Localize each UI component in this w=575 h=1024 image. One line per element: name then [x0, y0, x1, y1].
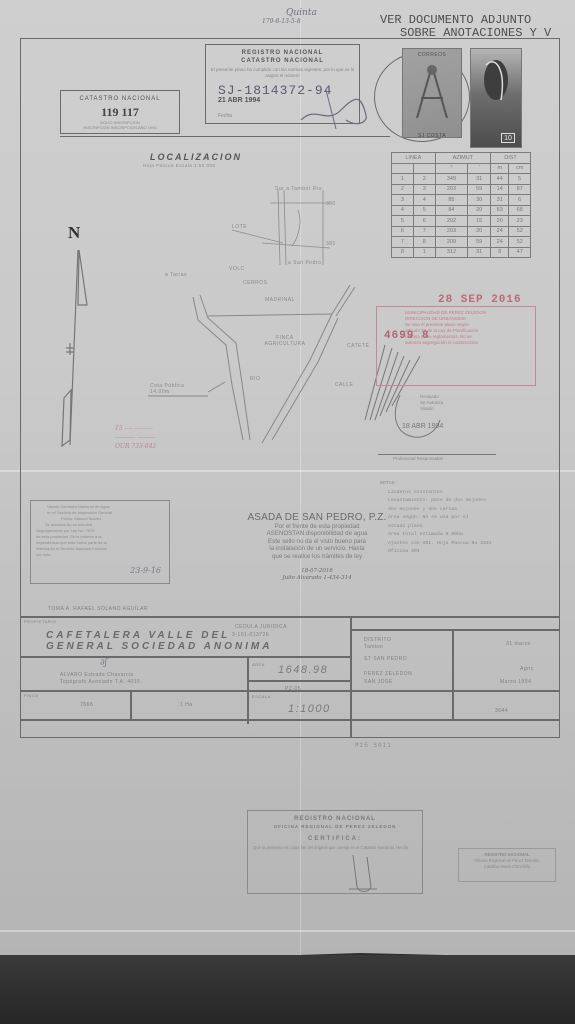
certifica-line1: REGISTRO NACIONAL — [248, 815, 422, 823]
uso-value: Agric — [520, 666, 534, 672]
registro-certifica-stamp: REGISTRO NACIONAL OFICINA REGIONAL DE PE… — [247, 810, 423, 894]
map-label: LOTE — [232, 224, 247, 230]
note-line: Área total estimada 0.00ha — [380, 531, 555, 540]
note-line: Área según: No se usa por el — [380, 514, 555, 523]
note-line: dos mojones y dos cercas — [380, 506, 555, 515]
fecha-value: Marzo 1994 — [500, 679, 531, 685]
note-line: Linderos existentes — [380, 489, 555, 498]
asada-line: Por el frente de esta propiedad — [232, 523, 402, 530]
surveyor-signature: ∂ʃ — [100, 658, 107, 668]
title-block: TOMA A. RAFAEL SOLANO AGUILAR PROPIETARI… — [20, 604, 560, 738]
map-label: a Tarras — [165, 272, 187, 278]
survey-drawing — [0, 0, 575, 500]
note-line: Ajustes con SRI. Hoja Pascua No 3344 — [380, 540, 555, 549]
note-line: OUR 733-842 — [115, 442, 156, 451]
title-block-line — [247, 680, 350, 682]
asada-signature: Julio Alvarado 1-434-314 — [232, 575, 402, 581]
map-label: Sur a Tambor Río — [275, 186, 322, 192]
north-arrow-icon — [62, 250, 87, 446]
canton-value: PEREZ ZELEDON — [364, 671, 412, 677]
certifica-line3: CERTIFICA: — [248, 835, 422, 843]
map-label: CATETE — [347, 343, 369, 349]
map-label: MADRINAL — [265, 297, 295, 303]
bottom-reference: M15 S011 — [355, 742, 392, 749]
provincia-value: SAN JOSE — [364, 679, 393, 685]
title-block-line — [350, 629, 560, 631]
title-block-line — [20, 719, 560, 721]
map-label: VOLC — [229, 266, 245, 272]
lugar-value: ST SAN PEDRO — [364, 656, 407, 662]
certifica-body: Que la presente es copia fiel del origin… — [248, 843, 422, 853]
map-label: RIO — [250, 376, 260, 382]
red-handwritten-note: 15 ---- --------- ---------- --------- O… — [115, 424, 156, 451]
title-block-line — [452, 629, 454, 719]
map-label: a San Pedro — [288, 260, 321, 266]
area-value: 1648.98 — [278, 664, 328, 676]
title-block-line — [20, 690, 560, 692]
office-line3: Catalina Marin Chinchilla — [459, 864, 555, 870]
cedula-label: CEDULA JURIDICA — [235, 624, 287, 630]
regional-office-stamp: REGISTRO NACIONAL Oficina Regional de Pé… — [458, 848, 556, 882]
property-boundary-icon — [148, 285, 355, 443]
map-label: FINCA AGRICULTURA — [260, 335, 310, 347]
distrito-label: DISTRITO — [364, 637, 391, 643]
approval-text: Revisado Se Autoriza Visado — [420, 394, 443, 412]
map-label: CERROS — [243, 280, 267, 286]
hoja-number: 3644 — [495, 708, 508, 714]
plano-ref: 31 marzo — [506, 641, 531, 647]
map-label: 380 — [326, 201, 336, 207]
finca-label: FINCA — [24, 693, 39, 698]
note-line: 15 ---- --------- — [115, 424, 156, 433]
escala-label: ESCALA — [252, 694, 271, 699]
signature-icon — [343, 851, 383, 895]
surveyor-line: TOMA A. RAFAEL SOLANO AGUILAR — [48, 606, 148, 612]
profesional-sub: Topógrafo Asociado T.A. 4015 — [60, 679, 140, 685]
map-label: Cota Pública 14.00m — [150, 383, 190, 395]
escala-value: 1:1000 — [288, 703, 331, 715]
approval-line: Visado — [420, 406, 443, 412]
notes-section: NOTAS: Linderos existentes Levantamiento… — [380, 480, 555, 557]
area-label: AREA — [252, 662, 265, 667]
cert-line: ver nota — [31, 552, 169, 558]
approval-date: 18 ABR 1994 — [402, 423, 443, 430]
signature-line — [378, 454, 496, 455]
note-line: ---------- --------- — [115, 433, 156, 442]
finca-value: 7568 — [80, 702, 93, 708]
certifica-line2: OFICINA REGIONAL DE PEREZ ZELEDON — [248, 823, 422, 831]
distrito-value: Tambor — [364, 644, 384, 650]
table-surface — [0, 955, 575, 1024]
derecho-value: 1 Ha — [180, 702, 193, 708]
municipal-visado-stamp: MUNICIPALIDAD DE PEREZ ZELEDON DIRECCION… — [376, 306, 536, 386]
notes-label: NOTAS: — [380, 480, 555, 489]
profesional-name: ALVARO Estrada Chavarría — [60, 672, 134, 678]
map-label: CALLE — [335, 382, 353, 388]
note-line: estado plano — [380, 523, 555, 532]
note-line: Oficina SRI — [380, 548, 555, 557]
title-block-line — [20, 656, 350, 658]
municipal-stamp-number: 4699 8 — [384, 330, 430, 342]
asada-line: ASENOSTAN disponibilidad de agua — [232, 530, 402, 537]
paper-fold-line — [0, 930, 575, 932]
owner-line2: GENERAL SOCIEDAD ANONIMA — [46, 641, 272, 652]
asada-line: Este sello no da el visto bueno para — [232, 538, 402, 545]
map-label: 381 — [326, 241, 336, 247]
asada-line: que se realice los trámites de ley — [232, 553, 402, 560]
signature-label: Profesional Responsable — [393, 456, 443, 461]
forestry-certificate-stamp: Visado Comisión Nacional de Agua en el S… — [30, 500, 170, 584]
asada-line: la instalación de un servicio. Hasta — [232, 545, 402, 552]
asada-water-stamp: ASADA DE SAN PEDRO, P.Z. Por el frente d… — [232, 512, 402, 581]
cedula-number: 3-101-013726 — [232, 632, 269, 638]
cert-date: 23-9-16 — [130, 566, 161, 575]
title-block-line — [20, 616, 560, 618]
asada-title: ASADA DE SAN PEDRO, P.Z. — [232, 512, 402, 523]
title-block-line — [130, 690, 132, 720]
asada-date: 18-07-2016 — [232, 568, 402, 574]
municipal-stamp-date: 28 SEP 2016 — [438, 294, 522, 306]
note-line: Levantamiento: pase de dos mojones — [380, 497, 555, 506]
propietario-label: PROPIETARIO — [24, 619, 57, 624]
